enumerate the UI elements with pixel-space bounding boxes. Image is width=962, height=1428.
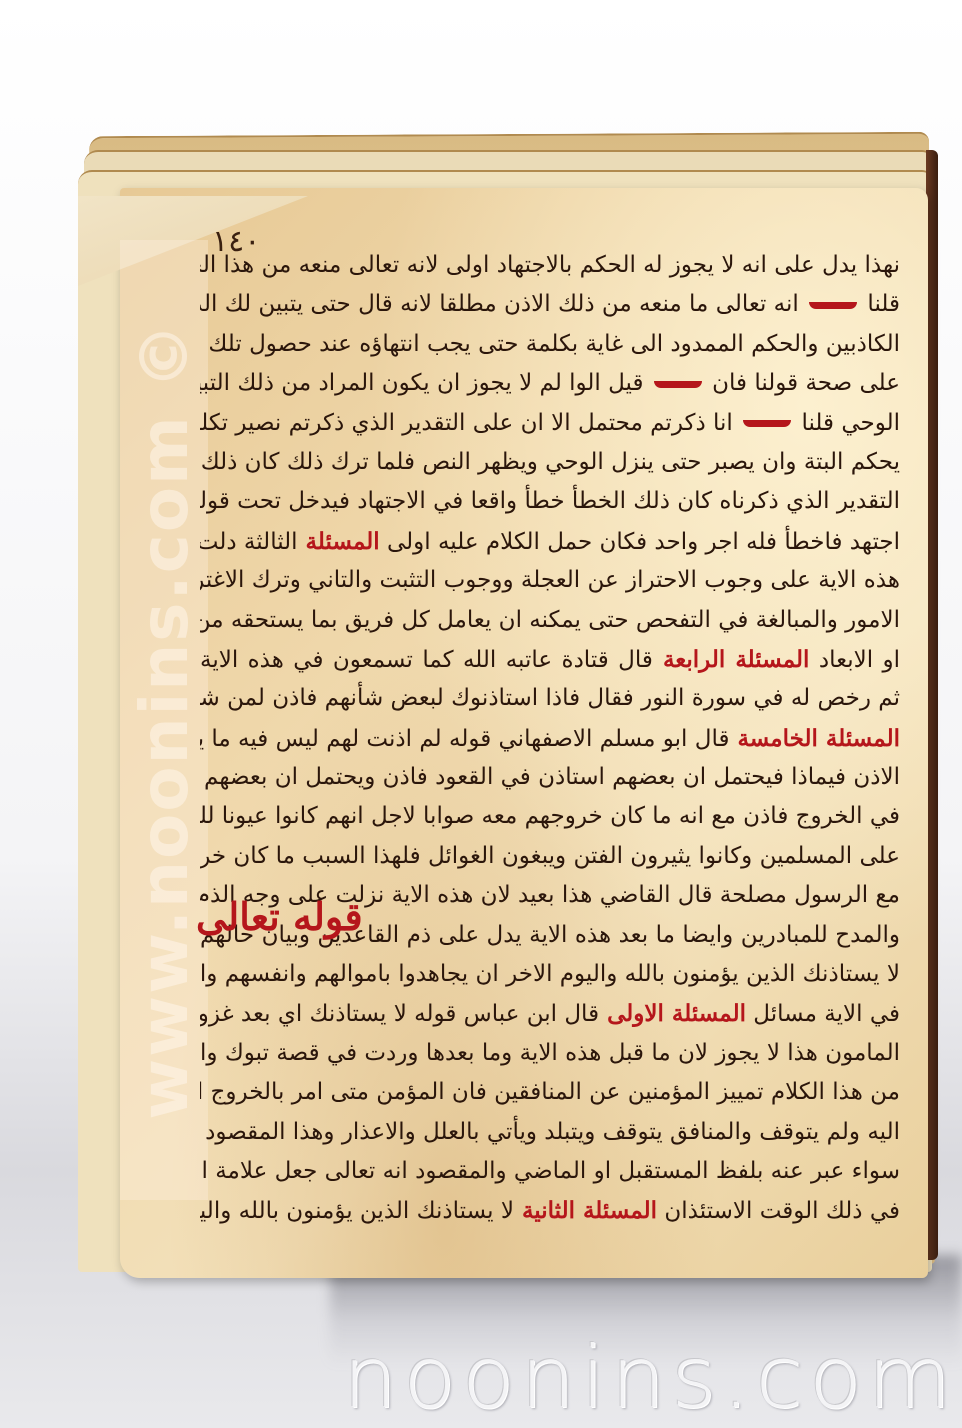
line-text: من هذا الكلام تمييز المؤمنين عن المنافقي… xyxy=(200,1079,900,1105)
marginal-heading: قوله تعالى xyxy=(196,894,363,939)
manuscript-line: من هذا الكلام تمييز المؤمنين عن المنافقي… xyxy=(200,1073,900,1112)
line-text: لا يستاذنك الذين يؤمنون بالله واليوم الا… xyxy=(200,1198,514,1224)
rubric-stroke xyxy=(743,420,791,427)
manuscript-line: هذه الاية على وجوب الاحتراز عن العجلة وو… xyxy=(200,561,900,600)
manuscript-line: الامور والمبالغة في التفحص حتى يمكنه ان … xyxy=(200,601,900,640)
manuscript-line: المسئلة الخامسة قال ابو مسلم الاصفهاني ق… xyxy=(200,719,900,758)
line-text: انا ذكرتم محتمل الا ان على التقدير الذي … xyxy=(200,410,740,436)
manuscript-text-block: نهذا يدل على انه لا يجوز له الحكم بالاجت… xyxy=(200,246,900,1231)
manuscript-line: الوحي قلنا انا ذكرتم محتمل الا ان على ال… xyxy=(200,404,900,443)
line-text: قيل الوا لم لا يجوز ان يكون المراد من ذل… xyxy=(200,370,651,396)
manuscript-line: الاذن فيماذا فيحتمل ان بعضهم استاذن في ا… xyxy=(200,758,900,797)
manuscript-line: في الخروج فاذن مع انه ما كان خروجهم معه … xyxy=(200,797,900,836)
rubric-text: المسئلة الخامسة xyxy=(729,725,900,752)
manuscript-line: في الاية مسائل المسئلة الاولى قال ابن عب… xyxy=(200,994,900,1033)
vertical-watermark: www.noonins.com © xyxy=(120,240,208,1200)
line-text: اليه ولم يتوقف والمنافق يتوقف ويتبلد ويأ… xyxy=(200,1119,900,1145)
line-text: يحكم البتة وان يصبر حتى ينزل الوحي ويظهر… xyxy=(200,449,900,475)
line-text: في الاية مسائل xyxy=(746,1001,900,1027)
line-text: الكاذبين والحكم الممدود الى غاية بكلمة ح… xyxy=(200,331,900,357)
rubric-text: المسئلة الثانية xyxy=(514,1197,657,1224)
manuscript-line: على صحة قولنا فان قيل الوا لم لا يجوز ان… xyxy=(200,364,900,403)
manuscript-line: نهذا يدل على انه لا يجوز له الحكم بالاجت… xyxy=(200,246,900,285)
rubric-text: المسئلة الرابعة xyxy=(653,646,810,673)
rubric-text: المسئلة الاولى xyxy=(599,1000,746,1027)
line-text: على المسلمين وكانوا يثيرون الفتن ويبغون … xyxy=(200,843,900,869)
line-text: الثالثة دلت xyxy=(200,529,298,555)
manuscript-line: قلنا انه تعالى ما منعه من ذلك الاذن مطلق… xyxy=(200,285,900,324)
manuscript-line: سواء عبر عنه بلفظ المستقبل او الماضي وال… xyxy=(200,1152,900,1191)
manuscript-line: الكاذبين والحكم الممدود الى غاية بكلمة ح… xyxy=(200,325,900,364)
line-text: التقدير الذي ذكرناه كان ذلك الخطأ خطأ وا… xyxy=(200,488,900,514)
manuscript-line: على المسلمين وكانوا يثيرون الفتن ويبغون … xyxy=(200,837,900,876)
line-text: نهذا يدل على انه لا يجوز له الحكم بالاجت… xyxy=(200,252,900,278)
line-text: في الخروج فاذن مع انه ما كان خروجهم معه … xyxy=(200,803,900,829)
manuscript-line: او الابعاد المسئلة الرابعة قال قتادة عات… xyxy=(200,640,900,679)
line-text: الامور والمبالغة في التفحص حتى يمكنه ان … xyxy=(200,607,900,633)
manuscript-line: التقدير الذي ذكرناه كان ذلك الخطأ خطأ وا… xyxy=(200,482,900,521)
line-text: لا يستاذنك الذين يؤمنون بالله واليوم الا… xyxy=(200,961,900,987)
line-text: هذه الاية على وجوب الاحتراز عن العجلة وو… xyxy=(200,567,900,593)
rubric-stroke xyxy=(654,381,702,388)
line-text: سواء عبر عنه بلفظ المستقبل او الماضي وال… xyxy=(200,1158,900,1184)
line-text: قال ابن عباس قوله لا يستاذنك اي بعد غزوة… xyxy=(200,1001,599,1027)
line-text: في ذلك الوقت الاستئذان xyxy=(657,1198,900,1224)
manuscript-line: يحكم البتة وان يصبر حتى ينزل الوحي ويظهر… xyxy=(200,443,900,482)
line-text: قلنا xyxy=(860,291,900,317)
bottom-watermark: noonins.com xyxy=(340,1328,960,1428)
line-text: ثم رخص له في سورة النور فقال فاذا استاذن… xyxy=(200,685,900,711)
line-text: المامون هذا لا يجوز لان ما قبل هذه الاية… xyxy=(200,1040,900,1066)
line-text: او الابعاد xyxy=(809,647,900,673)
manuscript-line: لا يستاذنك الذين يؤمنون بالله واليوم الا… xyxy=(200,955,900,994)
manuscript-line: ثم رخص له في سورة النور فقال فاذا استاذن… xyxy=(200,679,900,718)
manuscript-line: المامون هذا لا يجوز لان ما قبل هذه الاية… xyxy=(200,1034,900,1073)
line-text: الاذن فيماذا فيحتمل ان بعضهم استاذن في ا… xyxy=(200,764,900,790)
manuscript-line: في ذلك الوقت الاستئذان المسئلة الثانية ل… xyxy=(200,1191,900,1230)
vertical-watermark-text: www.noonins.com © xyxy=(126,321,203,1120)
line-text: اجتهد فاخطأ فله اجر واحد فكان حمل الكلام… xyxy=(380,529,900,555)
line-text: الوحي قلنا xyxy=(794,410,900,436)
line-text: قال ابو مسلم الاصفهاني قوله لم اذنت لهم … xyxy=(200,726,729,752)
manuscript-line: اجتهد فاخطأ فله اجر واحد فكان حمل الكلام… xyxy=(200,522,900,561)
rubric-stroke xyxy=(809,302,857,309)
line-text: انه تعالى ما منعه من ذلك الاذن مطلقا لان… xyxy=(200,291,806,317)
manuscript-line: اليه ولم يتوقف والمنافق يتوقف ويتبلد ويأ… xyxy=(200,1113,900,1152)
rubric-text: المسئلة xyxy=(298,528,380,555)
line-text: قال قتادة عاتبه الله كما تسمعون في هذه ا… xyxy=(200,647,653,673)
line-text: على صحة قولنا فان xyxy=(705,370,900,396)
